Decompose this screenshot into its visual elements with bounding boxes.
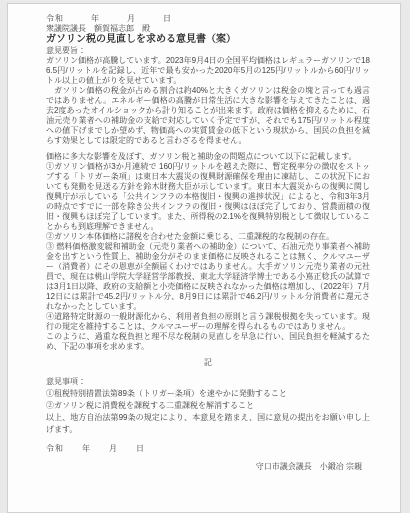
document-page: 令和 年 月 日 衆議院議長 額賀福志郎 殿 ガソリン税の見直しを求める意見書（… [7,3,401,500]
body-paragraph: 価格に多大な影響を及ぼす、ガソリン税と補助金の問題点について以下に記載します。 [46,152,370,162]
body-paragraph: ③ 燃料価格激変緩和補助金（元売り業者への補助金）について、石油元売り事業者へ補… [46,242,370,312]
addressee-line: 衆議院議長 額賀福志郎 殿 [46,24,370,34]
document-content: 令和 年 月 日 衆議院議長 額賀福志郎 殿 ガソリン税の見直しを求める意見書（… [8,4,400,472]
body-paragraph: ④道路特定財源の一般財源化から、利用者負担の原則と言う課税根拠を失っています。現… [46,312,370,332]
document-title: ガソリン税の見直しを求める意見書（案） [46,34,370,46]
opinion-item: ①租税特別措置法第89条（トリガー条項）を速やかに発動すること [46,388,370,400]
opinion-items-label: 意見事項： [46,376,370,388]
opinion-item: ②ガソリン税に消費税を課税する二重課税を解消すること [46,400,370,412]
body-paragraph: ガソリン価格の税金が占める割合は約40%と大きくガソリンは税金の塊と言っても過言… [46,86,370,146]
body-paragraph: ①ガソリン価格が3か月連続で 160円/リットルを越えた際に、暫定税率分の徴収を… [46,162,370,232]
body-paragraph: ②ガソリン本体価格に諸税を合わせた金額に乗じる、二重課税的な税制の存在。 [46,232,370,242]
body-paragraph: ガソリン価格が高騰しています。2023年9月4日の全国平均価格はレギュラーガソリ… [46,56,370,86]
signature-line: 守口市議会議長 小鍛冶 宗親 [46,462,370,472]
date-line-bottom: 令和 年 月 日 [46,444,370,454]
date-line-top: 令和 年 月 日 [46,14,370,24]
body-paragraph: このように、過重な税負担と理不尽な税制の見直しを早急に行い、国民負担を軽減するた… [46,332,370,352]
closing-paragraph: 以上、地方自治法第99条の規定により、本意見を踏まえ、国に意見の提出をお願い申し… [46,412,370,436]
summary-label: 意見要旨： [46,46,370,56]
record-marker: 記 [46,358,370,368]
